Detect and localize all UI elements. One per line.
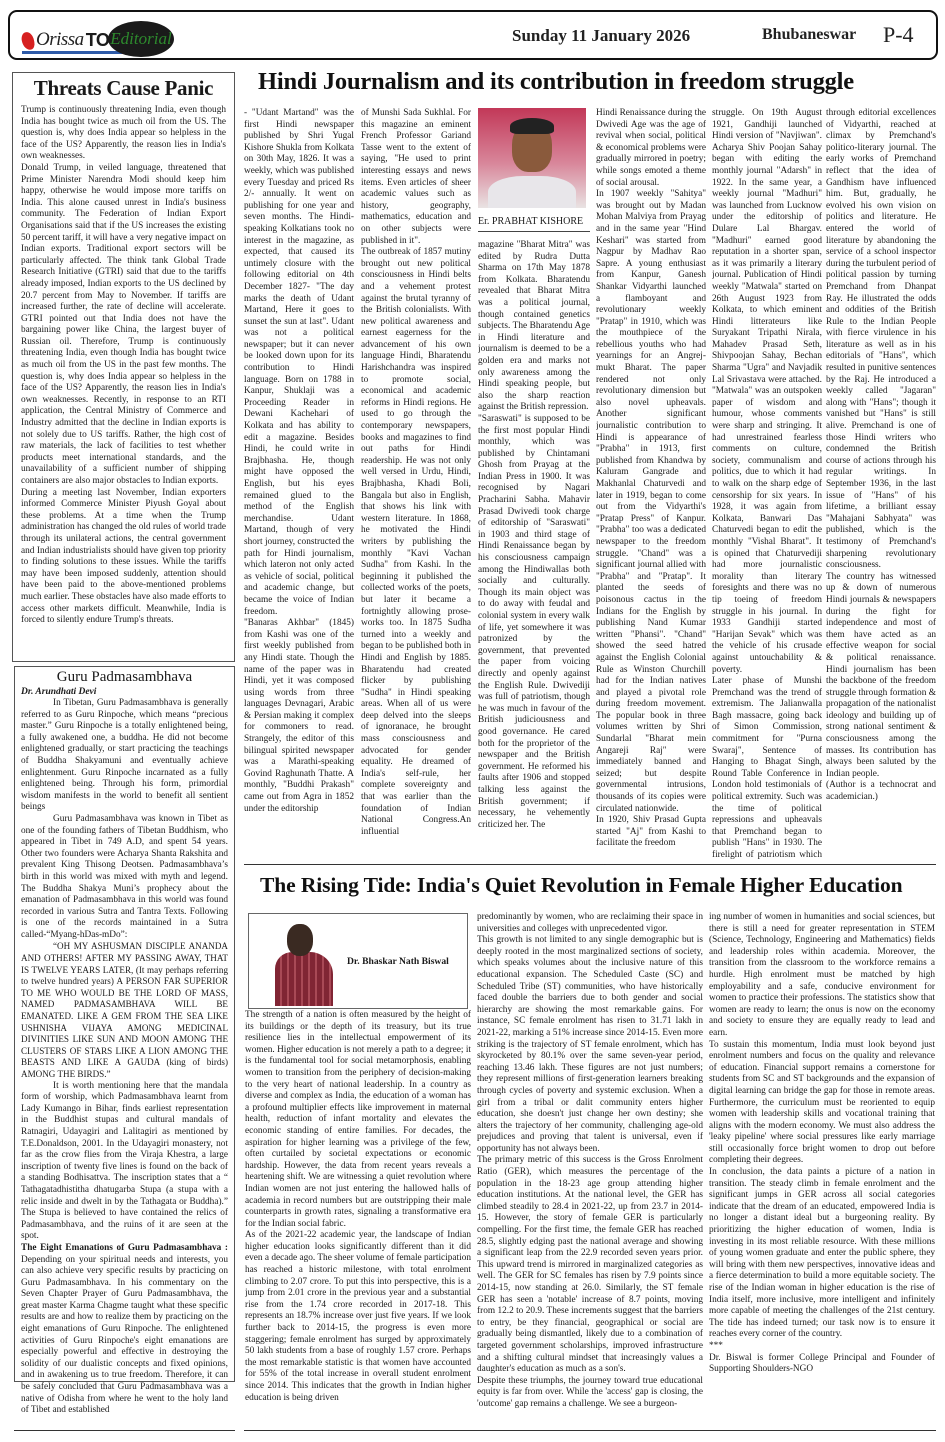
paragraph: Guru Padmasambhava was known in Tibet as… (21, 814, 228, 942)
section-divider (244, 864, 936, 865)
author-box: Dr. Bhaskar Nath Biswal (248, 913, 468, 1009)
article-column: The strength of a nation is often measur… (245, 1010, 471, 1438)
odisha-map-icon (20, 31, 35, 51)
section-badge: Editorial (108, 21, 174, 57)
author-caption: Er. PRABHAT KISHORE (478, 216, 590, 232)
article-column: of Munshi Sada Sukhlal. For this magazin… (361, 108, 471, 860)
paragraph: The Eight Emanations of Guru Padmasambha… (21, 1243, 228, 1417)
article-title: Guru Padmasambhava (21, 669, 228, 686)
masthead: Orissa TODAY Editorial Sunday 11 January… (8, 10, 938, 60)
edition-city: Bhubaneswar (762, 26, 856, 44)
footer-rule (244, 1430, 936, 1431)
article-byline: Dr. Arundhati Devi (21, 687, 228, 697)
article-title: Threats Cause Panic (21, 76, 226, 101)
article-threats-cause-panic: Threats Cause Panic Trump is continuousl… (12, 72, 235, 662)
logo-underline (22, 51, 132, 54)
section-badge-label: Editorial (110, 29, 171, 49)
quote-paragraph: “OH MY ASHUSMAN DISCIPLE ANANDA AND OTHE… (21, 941, 228, 1080)
article-body: In Tibetan, Guru Padmasambhava is genera… (21, 698, 228, 1417)
article-column: struggle. On 19th August 1921, Gandhiji … (712, 108, 822, 860)
paragraph-text: Depending on your spiritual needs and in… (21, 1255, 228, 1416)
article-column: ing number of women in humanities and so… (709, 912, 935, 1438)
article-title: The Rising Tide: India's Quiet Revolutio… (260, 873, 902, 898)
photo-face (287, 924, 313, 956)
page-number: P-4 (883, 22, 914, 48)
article-guru-padmasambhava: Guru Padmasambhava Dr. Arundhati Devi In… (14, 666, 235, 1382)
article-column: predominantly by women, who are reclaimi… (477, 912, 703, 1438)
photo-shirt (275, 952, 333, 1006)
paragraph: Donald Trump, in veiled language, threat… (21, 163, 226, 488)
article-column: Hindi Renaissance during the Dwivedi Age… (596, 108, 706, 860)
article-column: - "Udant Martand" was the first Hindi ne… (244, 108, 354, 860)
article-body: Trump is continuously threatening India,… (21, 105, 226, 627)
article-title: Hindi Journalism and its contribution in… (258, 68, 854, 96)
author-photo (273, 920, 333, 1006)
subheading: The Eight Emanations of Guru Padmasambha… (21, 1243, 228, 1253)
issue-date: Sunday 11 January 2026 (512, 26, 690, 46)
paragraph: During a meeting last November, Indian e… (21, 488, 226, 627)
article-column: through editorial excellences of Vidyart… (826, 108, 936, 860)
author-name: Dr. Bhaskar Nath Biswal (347, 956, 449, 967)
author-photo (478, 108, 586, 208)
logo-orissa-text: Orissa (36, 30, 84, 50)
footer-rule (14, 1430, 235, 1431)
photo-hair (510, 118, 554, 134)
article-column: magazine "Bharat Mitra" was edited by Ru… (478, 240, 590, 860)
paragraph: In Tibetan, Guru Padmasambhava is genera… (21, 698, 228, 814)
paragraph: Trump is continuously threatening India,… (21, 105, 226, 163)
photo-shirt (488, 176, 576, 208)
paragraph: It is worth mentioning here that the man… (21, 1081, 228, 1243)
